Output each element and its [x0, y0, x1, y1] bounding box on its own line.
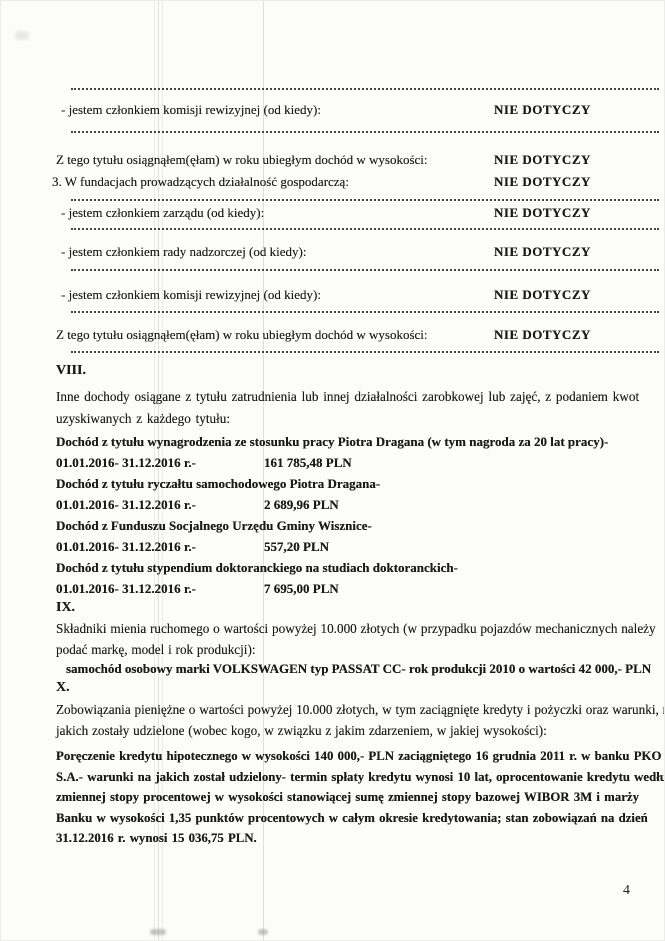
section-ix-heading: IX. — [56, 599, 633, 616]
income-entry-amount: 2 689,96 PLN — [264, 497, 339, 512]
income-entry-title: Dochód z Funduszu Socjalnego Urzędu Gmin… — [56, 515, 633, 536]
income-entry-amount: 161 785,48 PLN — [264, 455, 352, 470]
row-label: Z tego tytułu osiągnąłem(ęłam) w roku ub… — [56, 152, 494, 168]
intro-line: Inne dochody osiągane z tytułu zatrudnie… — [56, 386, 633, 408]
income-entry-amount: 7 695,00 PLN — [264, 581, 339, 596]
intro-line: Zobowiązania pieniężne o wartości powyże… — [56, 699, 633, 720]
scan-smudge — [15, 31, 29, 40]
row-value: NIE DOTYCZY — [494, 152, 633, 168]
row-value: NIE DOTYCZY — [494, 327, 633, 343]
dotted-separator — [71, 131, 659, 133]
page-number: 4 — [623, 883, 630, 899]
row-value: NIE DOTYCZY — [494, 287, 633, 303]
declaration-row: - jestem członkiem komisji rewizyjnej (o… — [56, 102, 633, 118]
income-entry-period: 01.01.2016- 31.12.2016 r.- — [56, 578, 264, 599]
row-label: - jestem członkiem komisji rewizyjnej (o… — [56, 287, 494, 303]
dotted-separator — [71, 311, 659, 313]
row-value: NIE DOTYCZY — [494, 102, 633, 118]
income-entry: Dochód z tytułu ryczałtu samochodowego P… — [56, 473, 633, 515]
declaration-row: 3. W fundacjach prowadzących działalność… — [52, 174, 633, 190]
intro-line: podać markę, model i rok produkcji): — [56, 639, 633, 660]
intro-line: Składniki mienia ruchomego o wartości po… — [56, 618, 633, 639]
section-viii-intro: Inne dochody osiągane z tytułu zatrudnie… — [56, 386, 633, 430]
scan-smudge — [150, 929, 166, 935]
row-label: 3. W fundacjach prowadzących działalność… — [52, 174, 494, 190]
income-entry-amount: 557,20 PLN — [264, 539, 329, 554]
liability-paragraph-line: Banku w wysokości 1,35 punktów procentow… — [56, 808, 633, 829]
income-entry-line: 01.01.2016- 31.12.2016 r.-557,20 PLN — [56, 536, 633, 557]
income-entries: Dochód z tytułu wynagrodzenia ze stosunk… — [56, 431, 633, 599]
section-ix-intro: Składniki mienia ruchomego o wartości po… — [56, 618, 633, 660]
dotted-separator — [71, 199, 659, 201]
row-value: NIE DOTYCZY — [494, 174, 633, 190]
row-label: - jestem członkiem komisji rewizyjnej (o… — [56, 102, 494, 118]
income-entry-title: Dochód z tytułu ryczałtu samochodowego P… — [56, 473, 633, 494]
income-entry-line: 01.01.2016- 31.12.2016 r.-7 695,00 PLN — [56, 578, 633, 599]
dotted-separator — [71, 228, 659, 230]
declaration-row: Z tego tytułu osiągnąłem(ęłam) w roku ub… — [56, 327, 633, 343]
income-entry-line: 01.01.2016- 31.12.2016 r.-2 689,96 PLN — [56, 494, 633, 515]
income-entry-line: 01.01.2016- 31.12.2016 r.-161 785,48 PLN — [56, 452, 633, 473]
declaration-row: - jestem członkiem rady nadzorczej (od k… — [56, 244, 633, 260]
declaration-row: Z tego tytułu osiągnąłem(ęłam) w roku ub… — [56, 152, 633, 168]
declaration-row: - jestem członkiem zarządu (od kiedy): N… — [56, 205, 633, 221]
income-entry-period: 01.01.2016- 31.12.2016 r.- — [56, 452, 264, 473]
income-entry: Dochód z Funduszu Socjalnego Urzędu Gmin… — [56, 515, 633, 557]
vehicle-entry: samochód osobowy marki VOLKSWAGEN typ PA… — [56, 660, 633, 677]
income-entry: Dochód z tytułu wynagrodzenia ze stosunk… — [56, 431, 633, 473]
section-x-intro: Zobowiązania pieniężne o wartości powyże… — [56, 699, 633, 741]
income-entry: Dochód z tytułu stypendium doktoranckieg… — [56, 557, 633, 599]
section-x-heading: X. — [56, 679, 633, 696]
dotted-separator — [71, 88, 659, 90]
income-entry-period: 01.01.2016- 31.12.2016 r.- — [56, 494, 264, 515]
liability-paragraph: Poręczenie kredytu hipotecznego w wysoko… — [56, 746, 633, 849]
document-content: - jestem członkiem komisji rewizyjnej (o… — [56, 81, 633, 849]
income-entry-title: Dochód z tytułu wynagrodzenia ze stosunk… — [56, 431, 633, 452]
income-entry-period: 01.01.2016- 31.12.2016 r.- — [56, 536, 264, 557]
declaration-row: - jestem członkiem komisji rewizyjnej (o… — [56, 287, 633, 303]
section-viii-heading: VIII. — [56, 362, 633, 379]
scan-smudge — [258, 929, 268, 935]
liability-paragraph-line: Poręczenie kredytu hipotecznego w wysoko… — [56, 746, 633, 767]
row-label: - jestem członkiem zarządu (od kiedy): — [56, 205, 494, 221]
liability-paragraph-line: zmiennej stopy procentowej w wysokości s… — [56, 787, 633, 808]
row-label: - jestem członkiem rady nadzorczej (od k… — [56, 244, 494, 260]
row-label: Z tego tytułu osiągnąłem(ęłam) w roku ub… — [56, 327, 494, 343]
income-entry-title: Dochód z tytułu stypendium doktoranckieg… — [56, 557, 633, 578]
intro-line: jakich zostały udzielone (wobec kogo, w … — [56, 720, 633, 741]
dotted-separator — [71, 269, 659, 271]
scanned-document-page: - jestem członkiem komisji rewizyjnej (o… — [0, 0, 665, 941]
row-value: NIE DOTYCZY — [494, 205, 633, 221]
intro-line: uzyskiwanych z każdego tytułu: — [56, 408, 633, 430]
liability-paragraph-line: 31.12.2016 r. wynosi 15 036,75 PLN. — [56, 828, 633, 849]
liability-paragraph-line: S.A.- warunki na jakich został udzielony… — [56, 767, 633, 788]
row-value: NIE DOTYCZY — [494, 244, 633, 260]
dotted-separator — [71, 351, 659, 353]
